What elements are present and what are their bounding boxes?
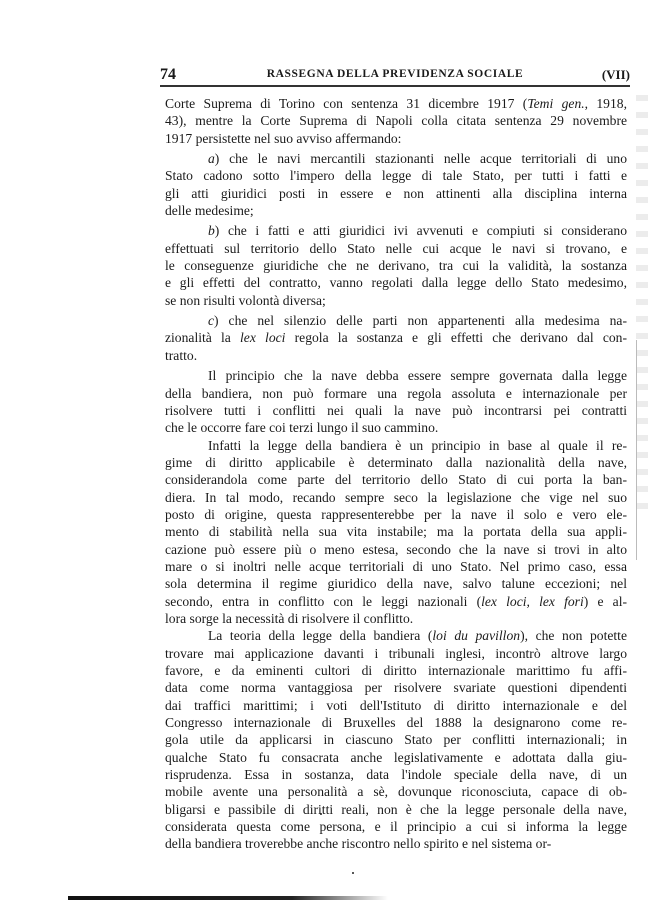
text-line: risolvere tutti i conflitti nei quali la… [165,402,627,419]
text-line: e gli effetti del contratto, vanno regol… [165,274,627,291]
text-line: c) che nel silenzio delle parti non appa… [165,312,627,329]
text-line: favore, e da eminenti cultori di diritto… [165,662,627,679]
text-line: della bandiera, non può formare una rego… [165,385,627,402]
text-line: secondo, entra in conflitto con le leggi… [165,593,627,610]
text-line: Corte Suprema di Torino con sentenza 31 … [165,95,627,112]
text-line: mento di stabilità nella sua vita instab… [165,523,627,540]
text-line: gime di diritto applicabile è determinat… [165,454,627,471]
text-line: le conseguenze giuridiche che ne derivan… [165,257,627,274]
text-line: gli atti giuridici posti in essere e non… [165,185,627,202]
text-line: considerata questa come persona, e il pr… [165,818,627,835]
text-line: 43), mentre la Corte Suprema di Napoli c… [165,112,627,129]
scan-edge-bar [68,896,388,900]
text-line: b) che i fatti e atti giuridici ivi avve… [165,222,627,239]
text-line: risprudenza. Essa in sostanza, data l'in… [165,766,627,783]
text-line: diera. In tal modo, recando sempre seco … [165,489,627,506]
text-line: qualche Stato fu consacrata anche legisl… [165,749,627,766]
scan-speck [320,813,322,815]
text-line: lora sorge la necessità di risolvere il … [165,610,627,627]
text-line: gola utile da applicarsi in ciascuno Sta… [165,731,627,748]
page-edge-line [636,340,637,560]
text-line: a) che le navi mercantili stazionanti ne… [165,150,627,167]
text-line: bligarsi e passibile di diritti reali, n… [165,801,627,818]
text-line: data come norma vantaggiosa per risolver… [165,679,627,696]
text-line: mobile avente una personalità a sè, dovu… [165,783,627,800]
text-line: se non risulti volontà diversa; [165,292,627,309]
text-line: zionalità la lex loci regola la sostanza… [165,329,627,346]
text-line: 1917 persistette nel suo avviso afferman… [165,130,627,147]
text-line: posto di origine, questa rappresenterebb… [165,506,627,523]
scan-speck [352,872,354,874]
body-text: Corte Suprema di Torino con sentenza 31 … [165,95,627,853]
text-line: trovare mai applicazione davanti i tribu… [165,645,627,662]
text-line: Il principio che la nave debba essere se… [165,367,627,384]
section-number: (VII) [602,67,630,83]
text-line: tratto. [165,347,627,364]
text-line: effettuati sul territorio dello Stato ne… [165,240,627,257]
text-line: sola determina il regime giuridico della… [165,575,627,592]
text-line: dai traffici marittimi; i voti dell'Isti… [165,697,627,714]
text-line: mare o si inoltri nelle acque territoria… [165,558,627,575]
text-line: Infatti la legge della bandiera è un pri… [165,437,627,454]
text-line: delle medesime; [165,202,627,219]
running-title: RASSEGNA DELLA PREVIDENZA SOCIALE [160,68,630,80]
text-line: della bandiera troverebbe anche riscontr… [165,835,627,852]
header-rule [160,85,630,87]
text-line: La teoria della legge della bandiera (lo… [165,627,627,644]
document-page: 74 RASSEGNA DELLA PREVIDENZA SOCIALE (VI… [0,0,648,900]
page-header: 74 RASSEGNA DELLA PREVIDENZA SOCIALE (VI… [160,66,630,84]
text-line: che le occorre fare coi terzi lungo il s… [165,419,627,436]
text-line: considerandola come parte del territorio… [165,471,627,488]
text-line: cazione può essere più o meno estesa, se… [165,541,627,558]
facing-page-bleed [636,95,648,515]
text-line: Stato cadono sotto l'impero della legge … [165,167,627,184]
text-line: Congresso internazionale di Bruxelles de… [165,714,627,731]
